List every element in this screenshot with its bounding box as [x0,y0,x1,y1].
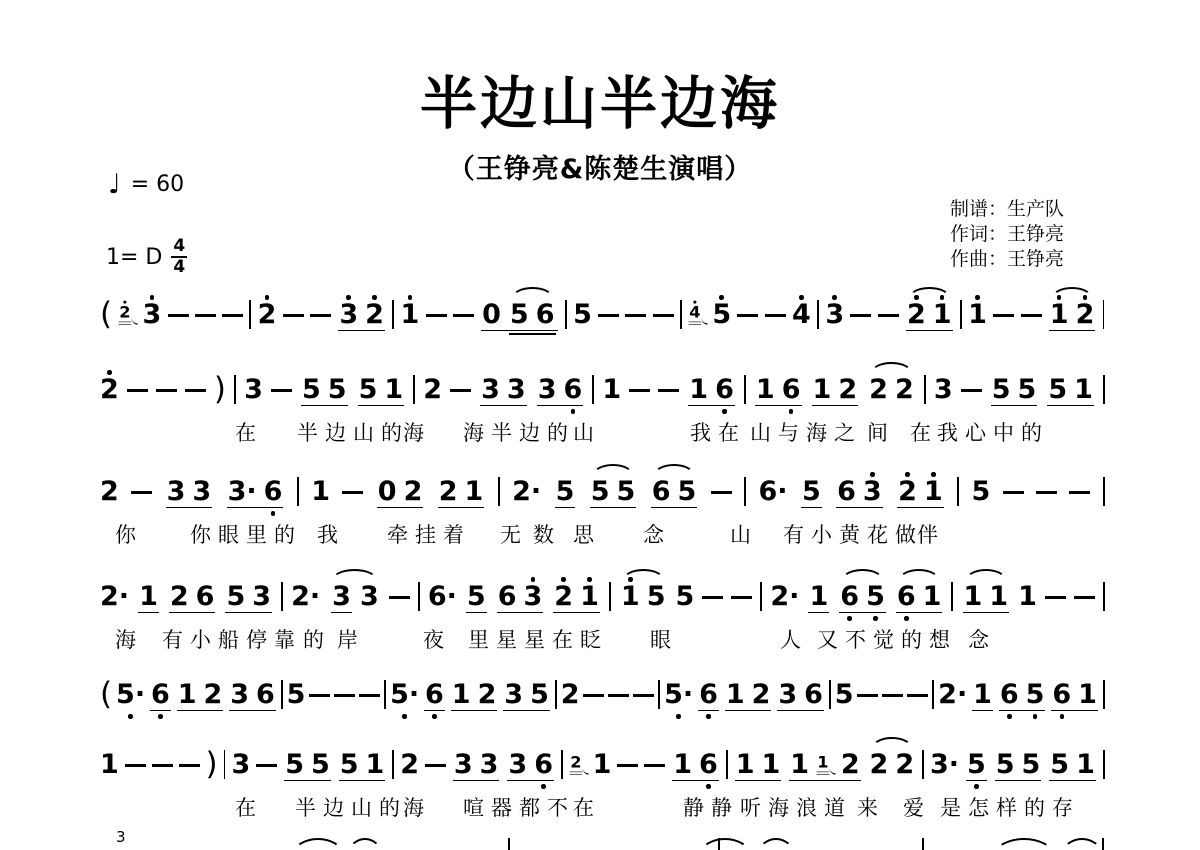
lyric-fragment: 夜 [423,624,451,654]
notation-line-6: 1)3555123336211611112223·55551在半边山的海喧器都不… [100,743,1105,822]
note-group: 5 [465,575,488,621]
note: 5 [996,743,1015,789]
note-digit: 6 [564,376,583,406]
note: 1 [465,470,484,516]
note: 5 [1050,743,1069,789]
lyric-fragment: 在 [910,417,938,447]
note: 6 [837,470,856,516]
duration-dash [1074,575,1095,621]
note-group: 6 [149,673,172,719]
note: 3 [934,368,953,414]
note-group: 51 [1048,743,1097,789]
note: 5 [971,470,990,516]
lyrics-row: 海有小船停靠的岸夜里星星在眨眼人又不觉的想念 [100,624,1105,654]
note-digit: 5 [285,751,304,781]
note-digit: 1 [1050,301,1069,331]
note: 1 [452,673,471,719]
note-digit: 2 [907,301,926,331]
note-digit: 5 [992,376,1011,406]
note-digit: 5 [359,376,378,406]
note-group: 56 [508,293,557,339]
note-group: 1 [807,575,830,621]
note-digit: 3 [244,376,263,406]
lyric-fragment: 牵挂着 [387,519,471,549]
lyrics-row: 你你眼里的我牵挂着无数思念山有小黄花做伴 [100,519,1105,549]
note-group: 55 [994,743,1043,789]
note-digit: 3 [863,478,882,508]
note-digit: 5 [467,583,486,613]
note: 5 [467,575,486,621]
grace-note-group: 4 [688,299,702,327]
note-group: 21 [905,293,954,339]
note-digit: 6 [498,583,517,613]
note-digit: 5 [866,583,885,613]
notation-line-1: (2323210565454321112 [100,293,1105,339]
lyric-fragment: 间 [867,417,895,447]
note-digit: 2 [400,751,419,781]
note-digit: 2· [100,583,129,613]
note-digit: 1 [964,583,983,613]
note: 5 [285,743,304,789]
note: 2 [365,293,384,339]
note-group: 6 [423,673,446,719]
note-digit: 5 [1050,751,1069,781]
note-digit: 6 [151,681,170,711]
note: 5 [967,743,986,789]
note: 2· [100,575,129,621]
duration-dash [131,470,152,516]
note-group: 11 [734,743,783,789]
duration-dash [711,470,732,516]
note: 3 [454,743,473,789]
lyric-fragment: 你眼里的 [190,519,302,549]
note-digit: 3 [778,681,797,711]
lyric-fragment: 里星星在眨 [468,624,608,654]
note: 5 [287,673,306,719]
note-group: 36 [776,673,825,719]
note-digit: 0 [482,301,501,331]
barline [1103,743,1105,789]
notation-line-2: 2)355512333611616122235551在半边山的海海半边的山我在山… [100,368,1105,447]
duration-dash [195,293,216,339]
lyric-fragment: 海半边的 [463,417,575,447]
barline [281,575,283,621]
note: 1 [1050,293,1069,339]
note-group: 26 [168,575,217,621]
note-digit: 6 [1052,681,1071,711]
note-digit: 2 [365,301,384,331]
note-digit: 1 [1076,751,1095,781]
note-digit: 4 [689,304,700,322]
note: 2 [400,743,419,789]
note-group: 1 [137,575,160,621]
note: 2 [100,470,119,516]
duration-dash [625,293,646,339]
lyric-fragment: 有小黄花做 [783,519,923,549]
grace-note-group: 2 [118,299,132,327]
duration-dash [633,673,654,719]
octave-dot-below [676,711,681,719]
note-digit: 2 [439,478,458,508]
note-digit: 2 [204,681,223,711]
note-group: 112 [788,743,861,789]
note-group: 12 [1048,293,1097,339]
note: 5 [1026,673,1045,719]
notation-line-4: 2·126532·336·563211552·16561111海有小船停靠的岸夜… [100,575,1105,654]
note: 1 [400,293,419,339]
low-octave-dot [706,714,711,719]
note: 6 [425,673,444,719]
note-digit: 1 [817,754,828,772]
note-digit: 5 [1048,376,1067,406]
note-digit: 2 [554,583,573,613]
note-digit: 5 [340,751,359,781]
note-digit: 6 [196,583,215,613]
barline [680,293,682,339]
note-group: 21 [896,470,945,516]
duration-dash [644,743,665,789]
note: 3 [480,743,499,789]
note-group: 6 [697,673,720,719]
duration-dash [1003,470,1024,516]
duration-dash [156,368,177,414]
note: 6 [196,575,215,621]
duration-dash [993,293,1014,339]
note-digit: 6 [897,583,916,613]
octave-dot-below [271,508,276,516]
note-digit: 6· [428,583,457,613]
note-group: 16 [671,743,720,789]
note: 3· [930,743,959,789]
duration-dash [1045,575,1066,621]
low-octave-dot [571,409,576,414]
barline [1103,368,1105,414]
note-group: 51 [338,743,387,789]
note: 5· [116,673,145,719]
note-digit: 5 [287,681,306,711]
clipped-barline [718,838,720,850]
octave-dot-below [432,711,437,719]
note-group: 36 [506,743,555,789]
note: 5 [1048,368,1067,414]
note-digit: 1 [924,478,943,508]
note: 6 [564,368,583,414]
duration-dash [359,673,380,719]
note: 5 [359,368,378,414]
note: 2 [554,575,573,621]
note-digit: 5 [226,583,245,613]
low-octave-dot [271,511,276,516]
note-digit: 1 [621,583,640,613]
barline [922,743,924,789]
note: 5 [835,673,854,719]
note-group: 12 [811,368,860,414]
note: 2 [752,673,771,719]
clipped-barline [508,838,510,850]
lyric-fragment: 海 [403,417,431,447]
note-digit: 2 [870,751,889,781]
note: 3 [508,743,527,789]
note: 2· [770,575,799,621]
note-digit: 5 [678,478,697,508]
note-digit: 5 [802,478,821,508]
octave-dot-below [847,613,852,621]
note: 2· [291,575,320,621]
note: 5 [802,470,821,516]
note-digit: 5 [1017,376,1036,406]
low-octave-dot [847,616,852,621]
barline [1103,673,1105,719]
note-digit: 3 [934,376,953,406]
barline [592,368,594,414]
note: 1 [756,368,775,414]
note-group: 5 [965,743,988,789]
note-digit: 5 [573,301,592,331]
note: 5 [311,743,330,789]
lyric-fragment: 我在 [690,417,746,447]
note: 2 [478,673,497,719]
duration-dash [857,673,878,719]
lyric-fragment: 来 [857,792,885,822]
note-digit: 1 [736,751,755,781]
tie-slur-arc [841,569,884,581]
note: 3 [244,368,263,414]
low-octave-dot [1033,714,1038,719]
duration-dash [629,368,650,414]
note: 6 [804,673,823,719]
note: 1 [813,368,832,414]
barline [829,673,831,719]
note: 6 [840,575,859,621]
note: 2 [898,470,917,516]
note-group: 33 [165,470,214,516]
note: 2 [895,368,914,414]
duration-dash [737,293,758,339]
note: 5 [328,368,347,414]
octave-dot-below [541,781,546,789]
note: 3 [360,575,379,621]
octave-dot-below [789,406,794,414]
note-digit: 3· [228,478,257,508]
note-digit: 6 [652,478,671,508]
note: 1 [968,293,987,339]
note-digit: 6 [840,583,859,613]
lyric-fragment: 人 [780,624,808,654]
barline [224,743,226,789]
note-digit: 2 [120,304,131,322]
low-octave-dot [904,616,909,621]
note: 1 [593,743,612,789]
note: 2 [423,368,442,414]
note-digit: 5 [530,681,549,711]
note: 1 [1076,743,1095,789]
barline [234,368,236,414]
note: 2 [204,673,223,719]
note: 5 [226,575,245,621]
song-title: 半边山半边海 [0,58,1200,140]
note: 1 [311,470,330,516]
note-digit: 1 [400,301,419,331]
note: 1 [689,368,708,414]
note: 3 [481,368,500,414]
duration-dash [961,368,982,414]
note-digit: 1 [178,681,197,711]
note: 5 [530,673,549,719]
note-digit: 2 [838,376,857,406]
clipped-barline [922,838,924,850]
note-digit: 2 [423,376,442,406]
note-digit: 2 [478,681,497,711]
note-digit: 5 [967,751,986,781]
note-digit: 2 [561,681,580,711]
note: 3 [825,293,844,339]
octave-dot-below [128,711,133,719]
duration-dash [702,575,723,621]
note-digit: 5 [996,751,1015,781]
note: 3 [538,368,557,414]
note: 0 [378,470,397,516]
note-digit: 5 [835,681,854,711]
note-digit: 1 [973,681,992,711]
note-group: 36 [536,368,585,414]
note-group: 1 [971,673,994,719]
barline [413,368,415,414]
note: 5 [591,470,610,516]
note: 5· [390,673,419,719]
note-digit: 6 [782,376,801,406]
note-digit: 2 [895,376,914,406]
note-group: 32 [337,293,386,339]
note: 5· [664,673,693,719]
note: 1 [761,743,780,789]
note: 6 [1000,673,1019,719]
note-digit: 1 [1078,681,1097,711]
note: 1 [602,368,621,414]
octave-dot-below [1007,711,1012,719]
note: 6 [782,368,801,414]
note-digit: 1 [809,583,828,613]
note-digit: 2· [291,583,320,613]
note-digit: 3 [481,376,500,406]
parenthesis: ( [100,673,112,715]
duration-dash [658,368,679,414]
note-digit: 1 [1018,583,1037,613]
note-group: 61 [895,575,944,621]
low-octave-dot [402,714,407,719]
lyrics-row: 在半边山的海海半边的山我在山与海之间在我心中的 [100,417,1105,447]
note: 6 [715,368,734,414]
lyric-fragment: 有小船停靠 [162,624,302,654]
note-digit: 6 [534,751,553,781]
note-group: 55 [990,368,1039,414]
note-digit: 1 [580,583,599,613]
lyric-fragment: 无 [500,519,528,549]
note-digit: 2 [404,478,423,508]
octave-dot-below [706,711,711,719]
barline [609,575,611,621]
lyric-fragment: 山 [730,519,758,549]
barline [498,470,500,516]
tie-slur-arc [870,362,913,374]
octave-dot-below [974,781,979,789]
note-digit: 6 [715,376,734,406]
lyric-fragment: 爱 [903,792,931,822]
note-digit: 5 [1022,751,1041,781]
note-digit: 1 [366,751,385,781]
lyric-fragment: 思 [573,519,601,549]
note-digit: 5 [647,583,666,613]
octave-dot-below [571,406,576,414]
note-group: 12 [176,673,225,719]
tie-slur-arc [653,464,696,476]
note-digit: 3 [332,583,351,613]
key-label: 1= D [106,245,162,270]
note-digit: 3 [142,301,161,331]
note-digit: 6 [699,751,718,781]
note: 3 [192,470,211,516]
note-digit: 5· [116,681,145,711]
tie-slur-arc [511,287,554,299]
note-digit: 5 [510,301,529,331]
note-digit: 2 [258,301,277,331]
parenthesis: ) [206,743,218,785]
notes-row: (2323210565454321112 [100,293,1105,339]
duration-dash [850,293,871,339]
barline [555,673,557,719]
note: 1 [726,673,745,719]
note: 4 [689,299,700,327]
duration-dash [731,575,752,621]
barline [817,293,819,339]
barline [957,470,959,516]
note: 3 [507,368,526,414]
note: 2 [120,299,131,327]
note-digit: 1 [465,478,484,508]
note-group: 16 [687,368,736,414]
barline [392,293,394,339]
duration-dash [617,743,638,789]
duration-dash [283,293,304,339]
note: 5 [676,575,695,621]
note-digit: 6· [759,478,788,508]
note-group: 3·6 [226,470,285,516]
note-digit: 1 [989,583,1008,613]
note: 5 [678,470,697,516]
note: 2 [258,293,277,339]
lyric-fragment: 伴 [917,519,945,549]
note: 2 [561,673,580,719]
note-group: 5 [800,470,823,516]
note-digit: 6 [536,301,555,331]
time-signature-numerator: 4 [171,238,187,258]
tie-slur-arc [965,569,1008,581]
note-group: 33 [452,743,501,789]
note-group: 63 [496,575,545,621]
duration-dash [179,743,200,789]
note: 2 [100,368,119,414]
note-digit: 6 [1000,681,1019,711]
duration-dash [882,673,903,719]
note-digit: 6 [699,681,718,711]
note-digit: 5 [617,478,636,508]
lyric-fragment: 在 [573,792,601,822]
barline [384,673,386,719]
low-octave-dot [1060,714,1065,719]
duration-dash [389,575,410,621]
note-digit: 3 [339,301,358,331]
note-group: 33 [328,575,381,621]
note: 2 [870,743,889,789]
